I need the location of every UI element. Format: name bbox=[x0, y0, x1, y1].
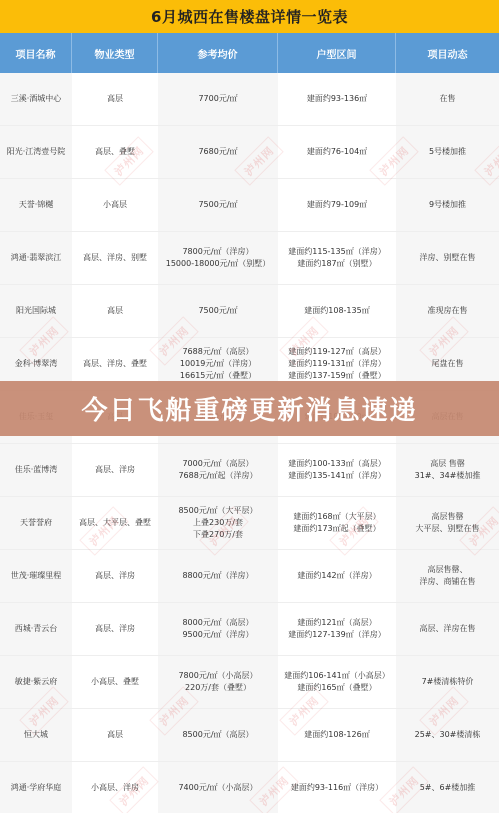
cell-line: 建面约93-136㎡ bbox=[307, 93, 367, 105]
cell-unit-area: 建面约79-109㎡ bbox=[278, 179, 396, 231]
cell-line: 7800元/㎡（洋房） bbox=[182, 246, 253, 258]
cell-property-type: 小高层 bbox=[72, 179, 158, 231]
cell-text: 鸿通·学府华庭 bbox=[11, 782, 62, 794]
cell-text: 天誉·锦樾 bbox=[19, 199, 54, 211]
cell-text: 鸿通·翡翠滨江 bbox=[11, 252, 62, 264]
cell-property-type: 小高层、洋房 bbox=[72, 762, 158, 813]
cell-line: 上叠230万/套 bbox=[193, 517, 243, 529]
cell-text: 世茂·璀璨里程 bbox=[11, 570, 62, 582]
cell-line: 7800元/㎡（小高层） bbox=[178, 670, 257, 682]
cell-text: 佳乐·蓝博湾 bbox=[15, 464, 58, 476]
cell-line: 7500元/㎡ bbox=[198, 199, 237, 211]
cell-line: 建面约187㎡（别墅） bbox=[297, 258, 376, 270]
cell-line: 建面约119-131㎡（洋房） bbox=[288, 358, 385, 370]
table-row: 恒大城高层8500元/㎡（高层）建面约108-126㎡25#、30#楼清栋 bbox=[0, 709, 499, 762]
cell-line: 建面约115-135㎡（洋房） bbox=[288, 246, 385, 258]
table-title: 6月城西在售楼盘详情一览表 bbox=[0, 0, 499, 33]
cell-project-status: 25#、30#楼清栋 bbox=[396, 709, 499, 761]
cell-property-type: 小高层、叠墅 bbox=[72, 656, 158, 708]
cell-reference-price: 7000元/㎡（高层）7688元/㎡起（洋房） bbox=[158, 444, 278, 496]
cell-project-name: 佳乐·蓝博湾 bbox=[0, 444, 72, 496]
cell-project-status: 高层 售罄31#、34#楼加推 bbox=[396, 444, 499, 496]
cell-project-status: 洋房、别墅在售 bbox=[396, 232, 499, 284]
column-header-type: 物业类型 bbox=[72, 33, 158, 73]
cell-line: 尾盘在售 bbox=[432, 358, 464, 370]
cell-line: 7#楼清栋特价 bbox=[422, 676, 474, 688]
cell-reference-price: 8800元/㎡（洋房） bbox=[158, 550, 278, 602]
cell-line: 建面约121㎡（高层） bbox=[297, 617, 376, 629]
cell-line: 5号楼加推 bbox=[429, 146, 466, 158]
column-header-status: 项目动态 bbox=[396, 33, 499, 73]
cell-line: 建面约119-127㎡（高层） bbox=[288, 346, 385, 358]
cell-property-type: 高层、大平层、叠墅 bbox=[72, 497, 158, 549]
cell-line: 高层、洋房在售 bbox=[420, 623, 476, 635]
cell-unit-area: 建面约115-135㎡（洋房）建面约187㎡（别墅） bbox=[278, 232, 396, 284]
cell-reference-price: 7500元/㎡ bbox=[158, 179, 278, 231]
cell-line: 建面约127-139㎡（洋房） bbox=[288, 629, 385, 641]
cell-line: 7000元/㎡（高层） bbox=[182, 458, 253, 470]
cell-line: 大平层、别墅在售 bbox=[416, 523, 480, 535]
cell-line: 7688元/㎡起（洋房） bbox=[178, 470, 257, 482]
table-row: 阳光国际城高层7500元/㎡建面约108-135㎡准现房在售 bbox=[0, 285, 499, 338]
table-row: 世茂·璀璨里程高层、洋房8800元/㎡（洋房）建面约142㎡（洋房）高层售罄、洋… bbox=[0, 550, 499, 603]
cell-line: 高层售罄 bbox=[432, 511, 464, 523]
cell-unit-area: 建面约108-135㎡ bbox=[278, 285, 396, 337]
cell-project-status: 高层、洋房在售 bbox=[396, 603, 499, 655]
cell-project-name: 阳光·江湾壹号院 bbox=[0, 126, 72, 178]
cell-line: 小高层 bbox=[103, 199, 127, 211]
table-row: 佳乐·蓝博湾高层、洋房7000元/㎡（高层）7688元/㎡起（洋房）建面约100… bbox=[0, 444, 499, 497]
cell-project-name: 阳光国际城 bbox=[0, 285, 72, 337]
cell-line: 15000-18000元/㎡（别墅） bbox=[166, 258, 270, 270]
cell-line: 高层、洋房、叠墅 bbox=[83, 358, 147, 370]
cell-line: 建面约79-109㎡ bbox=[307, 199, 367, 211]
cell-project-name: 鸿通·翡翠滨江 bbox=[0, 232, 72, 284]
cell-line: 高层 bbox=[107, 729, 123, 741]
cell-line: 小高层、洋房 bbox=[91, 782, 139, 794]
cell-unit-area: 建面约121㎡（高层）建面约127-139㎡（洋房） bbox=[278, 603, 396, 655]
cell-text: 西城·青云台 bbox=[15, 623, 58, 635]
cell-line: 5#、6#楼加推 bbox=[420, 782, 476, 794]
cell-line: 建面约135-141㎡（洋房） bbox=[288, 470, 385, 482]
cell-line: 高层、洋房 bbox=[95, 623, 135, 635]
cell-project-status: 在售 bbox=[396, 73, 499, 125]
cell-unit-area: 建面约168㎡（大平层）建面约173㎡起（叠墅） bbox=[278, 497, 396, 549]
cell-line: 高层、洋房 bbox=[95, 570, 135, 582]
cell-text: 阳光国际城 bbox=[16, 305, 56, 317]
cell-line: 建面约173㎡起（叠墅） bbox=[293, 523, 380, 535]
cell-line: 25#、30#楼清栋 bbox=[415, 729, 481, 741]
cell-property-type: 高层、洋房、别墅 bbox=[72, 232, 158, 284]
cell-line: 洋房、别墅在售 bbox=[420, 252, 476, 264]
cell-line: 8500元/㎡（高层） bbox=[182, 729, 253, 741]
cell-line: 准现房在售 bbox=[428, 305, 468, 317]
cell-line: 建面约76-104㎡ bbox=[307, 146, 367, 158]
cell-line: 9号楼加推 bbox=[429, 199, 466, 211]
cell-property-type: 高层 bbox=[72, 285, 158, 337]
cell-line: 8800元/㎡（洋房） bbox=[182, 570, 253, 582]
cell-property-type: 高层、洋房 bbox=[72, 444, 158, 496]
cell-text: 天誉誉府 bbox=[20, 517, 52, 529]
cell-line: 小高层、叠墅 bbox=[91, 676, 139, 688]
cell-property-type: 高层、叠墅 bbox=[72, 126, 158, 178]
cell-line: 建面约165㎡（叠墅） bbox=[297, 682, 376, 694]
cell-project-name: 天誉誉府 bbox=[0, 497, 72, 549]
cell-unit-area: 建面约93-116㎡（洋房） bbox=[278, 762, 396, 813]
cell-line: 220万/套（叠墅） bbox=[185, 682, 251, 694]
cell-line: 下叠270万/套 bbox=[193, 529, 243, 541]
cell-project-status: 5号楼加推 bbox=[396, 126, 499, 178]
cell-line: 建面约100-133㎡（高层） bbox=[288, 458, 385, 470]
cell-reference-price: 7800元/㎡（小高层）220万/套（叠墅） bbox=[158, 656, 278, 708]
cell-reference-price: 7500元/㎡ bbox=[158, 285, 278, 337]
cell-text: 三溪·酒城中心 bbox=[11, 93, 62, 105]
cell-line: 10019元/㎡（洋房） bbox=[180, 358, 256, 370]
column-header-row: 项目名称 物业类型 参考均价 户型区间 项目动态 bbox=[0, 33, 499, 73]
cell-property-type: 高层 bbox=[72, 709, 158, 761]
cell-project-name: 敏捷·紫云府 bbox=[0, 656, 72, 708]
cell-line: 建面约108-135㎡ bbox=[304, 305, 369, 317]
cell-project-name: 西城·青云台 bbox=[0, 603, 72, 655]
cell-line: 建面约142㎡（洋房） bbox=[297, 570, 376, 582]
cell-line: 建面约93-116㎡（洋房） bbox=[291, 782, 383, 794]
cell-line: 高层 bbox=[107, 305, 123, 317]
cell-unit-area: 建面约100-133㎡（高层）建面约135-141㎡（洋房） bbox=[278, 444, 396, 496]
cell-line: 建面约106-141㎡（小高层） bbox=[284, 670, 389, 682]
cell-line: 建面约108-126㎡ bbox=[304, 729, 369, 741]
table-row: 天誉誉府高层、大平层、叠墅8500元/㎡（大平层）上叠230万/套下叠270万/… bbox=[0, 497, 499, 550]
table-row: 敏捷·紫云府小高层、叠墅7800元/㎡（小高层）220万/套（叠墅）建面约106… bbox=[0, 656, 499, 709]
cell-line: 建面约168㎡（大平层） bbox=[293, 511, 380, 523]
cell-line: 高层、洋房 bbox=[95, 464, 135, 476]
table-row: 鸿通·学府华庭小高层、洋房7400元/㎡（小高层）建面约93-116㎡（洋房）5… bbox=[0, 762, 499, 813]
cell-project-status: 准现房在售 bbox=[396, 285, 499, 337]
cell-line: 7500元/㎡ bbox=[198, 305, 237, 317]
cell-line: 7680元/㎡ bbox=[198, 146, 237, 158]
cell-line: 8000元/㎡（高层） bbox=[182, 617, 253, 629]
cell-text: 阳光·江湾壹号院 bbox=[7, 146, 66, 158]
cell-project-status: 高层售罄大平层、别墅在售 bbox=[396, 497, 499, 549]
table-row: 鸿通·翡翠滨江高层、洋房、别墅7800元/㎡（洋房）15000-18000元/㎡… bbox=[0, 232, 499, 285]
cell-reference-price: 8500元/㎡（大平层）上叠230万/套下叠270万/套 bbox=[158, 497, 278, 549]
table-body: 三溪·酒城中心高层7700元/㎡建面约93-136㎡在售阳光·江湾壹号院高层、叠… bbox=[0, 73, 499, 813]
column-header-area: 户型区间 bbox=[278, 33, 396, 73]
cell-project-status: 9号楼加推 bbox=[396, 179, 499, 231]
cell-reference-price: 7700元/㎡ bbox=[158, 73, 278, 125]
cell-property-type: 高层 bbox=[72, 73, 158, 125]
cell-unit-area: 建面约76-104㎡ bbox=[278, 126, 396, 178]
cell-property-type: 高层、洋房 bbox=[72, 550, 158, 602]
cell-unit-area: 建面约106-141㎡（小高层）建面约165㎡（叠墅） bbox=[278, 656, 396, 708]
cell-line: 在售 bbox=[440, 93, 456, 105]
cell-line: 高层、大平层、叠墅 bbox=[79, 517, 151, 529]
cell-line: 高层 售罄 bbox=[430, 458, 465, 470]
cell-reference-price: 7400元/㎡（小高层） bbox=[158, 762, 278, 813]
cell-project-name: 天誉·锦樾 bbox=[0, 179, 72, 231]
table-row: 三溪·酒城中心高层7700元/㎡建面约93-136㎡在售 bbox=[0, 73, 499, 126]
cell-project-name: 三溪·酒城中心 bbox=[0, 73, 72, 125]
cell-project-status: 5#、6#楼加推 bbox=[396, 762, 499, 813]
cell-reference-price: 8500元/㎡（高层） bbox=[158, 709, 278, 761]
column-header-name: 项目名称 bbox=[0, 33, 72, 73]
cell-project-name: 鸿通·学府华庭 bbox=[0, 762, 72, 813]
cell-project-status: 高层售罄、洋房、商铺在售 bbox=[396, 550, 499, 602]
cell-reference-price: 7680元/㎡ bbox=[158, 126, 278, 178]
cell-line: 31#、34#楼加推 bbox=[415, 470, 481, 482]
cell-project-status: 7#楼清栋特价 bbox=[396, 656, 499, 708]
table-row: 西城·青云台高层、洋房8000元/㎡（高层）9500元/㎡（洋房）建面约121㎡… bbox=[0, 603, 499, 656]
cell-line: 高层 bbox=[107, 93, 123, 105]
cell-line: 9500元/㎡（洋房） bbox=[182, 629, 253, 641]
cell-line: 7688元/㎡（高层） bbox=[182, 346, 253, 358]
cell-line: 7700元/㎡ bbox=[198, 93, 237, 105]
cell-property-type: 高层、洋房 bbox=[72, 603, 158, 655]
cell-reference-price: 7800元/㎡（洋房）15000-18000元/㎡（别墅） bbox=[158, 232, 278, 284]
column-header-price: 参考均价 bbox=[158, 33, 278, 73]
cell-text: 金科·博翠湾 bbox=[15, 358, 58, 370]
cell-reference-price: 8000元/㎡（高层）9500元/㎡（洋房） bbox=[158, 603, 278, 655]
cell-line: 7400元/㎡（小高层） bbox=[178, 782, 257, 794]
cell-line: 高层售罄、 bbox=[428, 564, 468, 576]
cell-text: 敏捷·紫云府 bbox=[15, 676, 58, 688]
cell-line: 洋房、商铺在售 bbox=[420, 576, 476, 588]
cell-line: 高层、叠墅 bbox=[95, 146, 135, 158]
overlay-banner: 今日飞船重磅更新消息速递 bbox=[0, 381, 499, 436]
cell-unit-area: 建面约93-136㎡ bbox=[278, 73, 396, 125]
cell-line: 高层、洋房、别墅 bbox=[83, 252, 147, 264]
table-row: 天誉·锦樾小高层7500元/㎡建面约79-109㎡9号楼加推 bbox=[0, 179, 499, 232]
cell-text: 恒大城 bbox=[24, 729, 48, 741]
cell-unit-area: 建面约142㎡（洋房） bbox=[278, 550, 396, 602]
cell-line: 8500元/㎡（大平层） bbox=[178, 505, 257, 517]
cell-project-name: 恒大城 bbox=[0, 709, 72, 761]
cell-unit-area: 建面约108-126㎡ bbox=[278, 709, 396, 761]
table-row: 阳光·江湾壹号院高层、叠墅7680元/㎡建面约76-104㎡5号楼加推 bbox=[0, 126, 499, 179]
cell-project-name: 世茂·璀璨里程 bbox=[0, 550, 72, 602]
